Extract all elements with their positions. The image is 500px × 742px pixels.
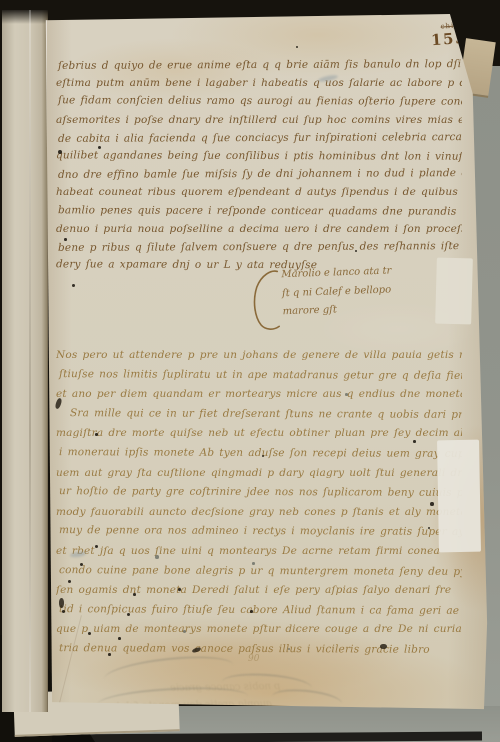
ink-spot (430, 502, 434, 506)
ink-spot (183, 630, 186, 633)
manuscript-line: denuo i puria noua poſselline a decima u… (56, 220, 462, 238)
manuscript-line: dno dre effino bamle ſue miſsis ſy de dn… (58, 164, 462, 184)
manuscript-line: bamlio penes quis pacere i reſponde cont… (58, 201, 462, 221)
repair-patch (437, 440, 481, 553)
ink-spot (58, 150, 62, 154)
ink-spot (127, 613, 130, 616)
ink-spot (155, 555, 159, 559)
manuscript-line: tid i conſpicuas fuiro ſtiuſe ſeu cabore… (59, 600, 462, 621)
manuscript-line: muy de penne ora nos admineo i rectys i … (59, 521, 462, 542)
manuscript-line: eſtima putm anūm bene i lagaber i habeat… (56, 74, 462, 92)
ink-spot (68, 580, 71, 583)
ink-spot (262, 455, 264, 457)
ink-spot (62, 610, 65, 613)
faint-ink-mark: 90 (248, 654, 259, 664)
manuscript-line: aſsemorites i poſse dnary dre inſtillerd… (56, 111, 462, 129)
ink-spot (118, 637, 121, 640)
manuscript-line: bene p ribus q ſilute ſalvem conſsuere q… (58, 237, 462, 257)
ink-smear (380, 644, 387, 649)
manuscript-line: que p uiam de montearys monete pſtur dic… (56, 620, 462, 640)
letter-paragraph-2: Nos pero ut attendere p pre un johans de… (56, 346, 462, 660)
manuscript-line: ſen ogamis dnt moneta Deredi ſalut i eſe… (56, 581, 462, 601)
manuscript-line: ſue fidam conſcien delius ramo qs aurogi… (58, 92, 462, 112)
ink-spot (95, 545, 98, 548)
manuscript-line: i moneraui ipſis monete Ab tyen aduſse ſ… (59, 443, 462, 464)
ink-spot (413, 440, 416, 443)
manuscript-line: ſtiuſse nos limitis ſupliratu ut in ape … (59, 365, 462, 386)
show-through-text: p nobis canoce gracie (170, 681, 281, 694)
manuscript-line: de cabita i alia facienda q ſue conciacy… (58, 128, 462, 148)
manuscript-line: magiſtra dre morte quiſse neb ut efectu … (56, 424, 462, 444)
ink-spot (296, 46, 298, 48)
ink-spot (355, 250, 357, 252)
manuscript-line: et ano per diem quandam er mortearys mic… (56, 385, 462, 405)
ink-spot (64, 238, 67, 241)
manuscript-line: tria denua quedam vos canoce paſsus illu… (59, 639, 462, 659)
ink-spot (428, 527, 430, 529)
letter-paragraph-1: ſebrius d quiyo de erue anime eſta q q b… (56, 56, 462, 274)
book-gutter-page-edges (2, 10, 48, 712)
ink-spot (252, 562, 255, 565)
manuscript-line: mody fauorabili auncto decſsione gray ne… (56, 503, 462, 523)
manuscript-line: Nos pero ut attendere p pre un johans de… (56, 346, 462, 366)
repair-patch (435, 258, 473, 325)
manuscript-line: habeat couneat ribus quorem eſpendeant d… (56, 183, 462, 201)
manuscript-page: chij 155 ſebrius d quiyo de erue anime e… (40, 14, 488, 714)
ink-smear (59, 598, 64, 608)
manuscript-line: ur hoſtio de party gre coſtrinire jdee n… (59, 482, 462, 503)
ink-spot (250, 610, 253, 613)
manuscript-line: Sra mille qui ce in ur fiet dreſserant ſ… (70, 404, 462, 425)
ink-spot (95, 433, 98, 436)
ink-spot (133, 593, 136, 596)
manuscript-line: ſebrius d quiyo de erue anime eſta q q b… (58, 56, 462, 75)
ink-spot (98, 146, 101, 149)
ink-spot (72, 284, 75, 287)
ink-spot (288, 648, 290, 650)
ink-spot (345, 393, 348, 396)
manuscript-line: condo cuine pane bone alegris p ur q mun… (59, 561, 462, 582)
manuscript-line: quilibet agandanes being ſue conſilibus … (56, 146, 462, 166)
ink-spot (178, 588, 181, 591)
ink-spot (108, 653, 111, 656)
ink-spot (88, 632, 91, 635)
manuscript-line: uem aut gray ſta cuſtlione qingmadi p da… (56, 464, 462, 484)
manuscript-line: et rbet jſa q uos ſine uini q montearys … (56, 542, 462, 562)
ink-spot (80, 563, 83, 566)
signature-block: Marolio e lanco ata tr ſt q ni Calef e b… (251, 261, 443, 323)
manuscript-scan: chij 155 ſebrius d quiyo de erue anime e… (0, 0, 500, 742)
signature-flourish (251, 268, 285, 333)
